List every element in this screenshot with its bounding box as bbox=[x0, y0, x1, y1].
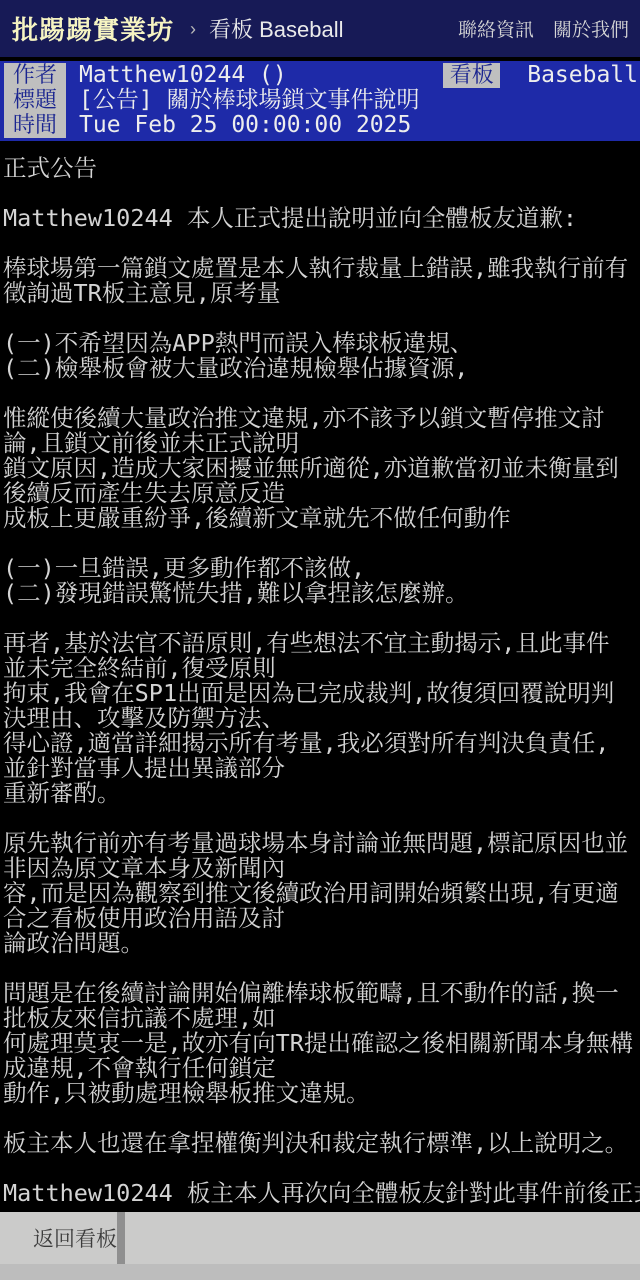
title-value: [公告] 關於棒球場鎖文事件說明 bbox=[66, 88, 420, 113]
board-chip: 看板 Baseball bbox=[443, 63, 638, 88]
time-label: 時間 bbox=[4, 113, 66, 138]
board-label: 看板 bbox=[443, 63, 500, 88]
meta-row-time: 時間 Tue Feb 25 00:00:00 2025 bbox=[0, 113, 640, 138]
article-meta-header: 作者 Matthew10244 () 看板 Baseball 標題 [公告] 關… bbox=[0, 61, 640, 141]
author-value: Matthew10244 () bbox=[66, 63, 287, 88]
board-value: Baseball bbox=[500, 63, 638, 88]
bottom-toolbar: 返回看板 bbox=[0, 1212, 640, 1280]
about-us-link[interactable]: 關於我們 bbox=[553, 15, 629, 42]
board-breadcrumb-link[interactable]: 看板 Baseball bbox=[209, 13, 344, 44]
article-body-text: 正式公告 Matthew10244 本人正式提出說明並向全體板友道歉: 棒球場第… bbox=[3, 156, 640, 1206]
back-to-board-button[interactable]: 返回看板 bbox=[0, 1212, 125, 1264]
navbar-links: 聯絡資訊 關於我們 bbox=[458, 15, 629, 42]
title-label: 標題 bbox=[4, 88, 66, 113]
meta-row-author: 作者 Matthew10244 () 看板 Baseball bbox=[0, 63, 640, 88]
breadcrumb-chevron-icon: › bbox=[190, 19, 196, 40]
footer-strip bbox=[0, 1264, 640, 1280]
author-label: 作者 bbox=[4, 63, 66, 88]
site-brand-link[interactable]: 批踢踢實業坊 bbox=[12, 10, 174, 47]
top-navbar: 批踢踢實業坊 › 看板 Baseball 聯絡資訊 關於我們 bbox=[0, 0, 640, 57]
time-value: Tue Feb 25 00:00:00 2025 bbox=[66, 113, 411, 138]
meta-row-title: 標題 [公告] 關於棒球場鎖文事件說明 bbox=[0, 88, 640, 113]
contact-info-link[interactable]: 聯絡資訊 bbox=[458, 15, 534, 42]
